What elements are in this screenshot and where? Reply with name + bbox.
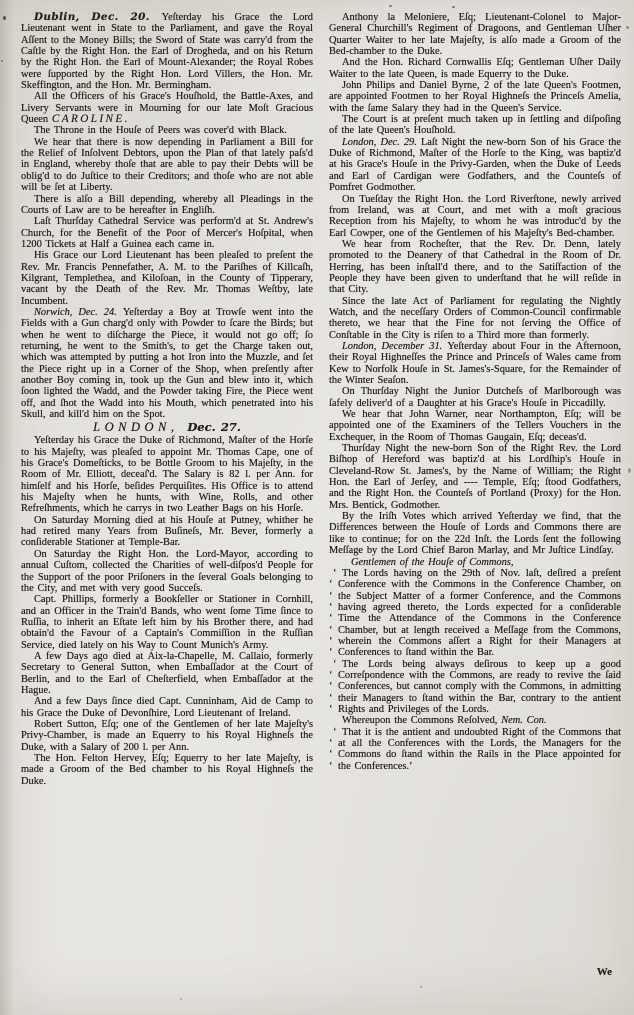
- left-column: Dublin, Dec. 20. Yeſterday his Grace the…: [21, 12, 313, 787]
- paragraph: We hear that John Warner, near Northampt…: [329, 409, 621, 443]
- right-column: Anthony la Meloniere, Eſq; Lieutenant-Co…: [329, 12, 621, 787]
- paragraph: John Philips and Daniel Byrne, 2 of the …: [329, 80, 621, 114]
- paragraph-text: The Lords having on the 29th of Nov. laſ…: [338, 568, 621, 658]
- paragraph-text: A few Days ago died at Aix-la-Chapelle, …: [21, 651, 313, 696]
- ink-speck: [628, 468, 631, 473]
- paragraph-text: John Philips and Daniel Byrne, 2 of the …: [329, 80, 621, 114]
- paragraph: That it is the antient and undoubted Rig…: [329, 727, 621, 772]
- paragraph-text: We hear that there is now depending in P…: [21, 137, 313, 193]
- dateline: London, Dec. 29.: [342, 137, 421, 148]
- text-columns: Dublin, Dec. 20. Yeſterday his Grace the…: [21, 12, 621, 787]
- paragraph: The Court is at preſent much taken up in…: [329, 114, 621, 137]
- paragraph: His Grace our Lord Lieutenant has been p…: [21, 250, 313, 307]
- paragraph-text: The Lords being always deſirous to keep …: [338, 659, 621, 715]
- paragraph-text: Thurſday Night the new-born Son of the R…: [329, 443, 621, 511]
- paragraph-text: The Court is at preſent much taken up in…: [329, 114, 621, 136]
- paragraph-text: Whereupon the Commons Reſolved,: [342, 715, 501, 726]
- dateline: Norwich, Dec. 24.: [34, 307, 123, 318]
- paragraph: Laſt Thurſday Cathedral Service was perf…: [21, 216, 313, 250]
- paragraph-text: On Tueſday the Right Hon. the Lord River…: [329, 194, 621, 239]
- paragraph: All the Officers of his Grace's Houſhold…: [21, 91, 313, 125]
- paragraph-text: Gentlemen of the Houſe of Commons,: [351, 557, 513, 568]
- paragraph: London, Dec. 29. Laſt Night the new-born…: [329, 137, 621, 194]
- paragraph: We hear from Rocheſter, that the Rev. Dr…: [329, 239, 621, 296]
- paragraph: By the Iriſh Votes which arrived Yeſterd…: [329, 511, 621, 556]
- paragraph: And the Hon. Richard Cornwallis Eſq; Gen…: [329, 57, 621, 80]
- paragraph-text: Robert Sutton, Eſq; one of the Gentlemen…: [21, 719, 313, 753]
- paragraph: Thurſday Night the new-born Son of the R…: [329, 443, 621, 511]
- paragraph-text: Anthony la Meloniere, Eſq; Lieutenant-Co…: [329, 12, 621, 57]
- paragraph: The Hon. Felton Hervey, Eſq; Equerry to …: [21, 753, 313, 787]
- paragraph-text: On Thurſday Night the Junior Dutcheſs of…: [329, 386, 621, 408]
- paragraph-text: And the Hon. Richard Cornwallis Eſq; Gen…: [329, 57, 621, 79]
- paragraph: A few Days ago died at Aix-la-Chapelle, …: [21, 651, 313, 696]
- heading-title: LONDON,: [93, 420, 187, 434]
- section-heading: LONDON, Dec. 27.: [21, 421, 313, 434]
- paragraph-text: Capt. Phillips, formerly a Bookſeller or…: [21, 594, 313, 650]
- paragraph: Norwich, Dec. 24. Yeſterday a Boy at Tro…: [21, 307, 313, 420]
- paragraph: London, December 31. Yeſterday about Fou…: [329, 341, 621, 386]
- ink-speck: [626, 26, 629, 29]
- catchword: We: [597, 966, 612, 978]
- paragraph-text: Laſt Thurſday Cathedral Service was perf…: [21, 216, 313, 250]
- paragraph-text: Yeſterday his Grace the Lord Lieutenant …: [21, 12, 313, 91]
- paragraph: The Lords having on the 29th of Nov. laſ…: [329, 568, 621, 659]
- emphasized-text: Nem. Con.: [501, 715, 546, 726]
- paragraph: Robert Sutton, Eſq; one of the Gentlemen…: [21, 719, 313, 753]
- ink-speck: [452, 6, 455, 8]
- paragraph: Dublin, Dec. 20. Yeſterday his Grace the…: [21, 12, 313, 91]
- paragraph-text: There is alſo a Bill depending, whereby …: [21, 194, 313, 216]
- paragraph-text: The Throne in the Houſe of Peers was cov…: [34, 125, 287, 136]
- paragraph: On Thurſday Night the Junior Dutcheſs of…: [329, 386, 621, 409]
- ink-speck: [389, 5, 392, 7]
- paragraph: Gentlemen of the Houſe of Commons,: [329, 557, 621, 568]
- emphasized-text: CAROLINE.: [52, 113, 130, 125]
- paragraph: Yeſterday his Grace the Duke of Richmond…: [21, 435, 313, 514]
- paragraph: There is alſo a Bill depending, whereby …: [21, 194, 313, 217]
- dateline: London, December 31.: [342, 341, 447, 352]
- paragraph-text: Yeſterday a Boy at Trowſe went into the …: [21, 307, 313, 420]
- paragraph: Anthony la Meloniere, Eſq; Lieutenant-Co…: [329, 12, 621, 57]
- paragraph-text: That it is the antient and undoubted Rig…: [338, 727, 621, 772]
- ink-speck: [1, 60, 3, 62]
- paragraph: On Saturday Morning died at his Houſe at…: [21, 515, 313, 549]
- paragraph-text: On Saturday Morning died at his Houſe at…: [21, 515, 313, 549]
- paragraph-text: And a few Days ſince died Capt. Cunninha…: [21, 696, 313, 718]
- paragraph: On Tueſday the Right Hon. the Lord River…: [329, 194, 621, 239]
- paragraph-text: Since the late Act of Parliament for reg…: [329, 296, 621, 341]
- paragraph: The Lords being always deſirous to keep …: [329, 659, 621, 716]
- dateline: Dublin, Dec. 20.: [34, 11, 162, 23]
- paragraph: On Saturday the Right Hon. the Lord-Mayo…: [21, 549, 313, 594]
- paragraph: And a few Days ſince died Capt. Cunninha…: [21, 696, 313, 719]
- paragraph-text: Yeſterday his Grace the Duke of Richmond…: [21, 435, 313, 514]
- paragraph: We hear that there is now depending in P…: [21, 137, 313, 194]
- paragraph: Whereupon the Commons Reſolved, Nem. Con…: [329, 715, 621, 726]
- paragraph-text: We hear from Rocheſter, that the Rev. Dr…: [329, 239, 621, 295]
- ink-speck: [3, 16, 6, 20]
- paragraph-text: We hear that John Warner, near Northampt…: [329, 409, 621, 443]
- paragraph-text: By the Iriſh Votes which arrived Yeſterd…: [329, 511, 621, 556]
- paragraph-text: His Grace our Lord Lieutenant has been p…: [21, 250, 313, 306]
- paragraph-text: On Saturday the Right Hon. the Lord-Mayo…: [21, 549, 313, 594]
- paragraph: Capt. Phillips, formerly a Bookſeller or…: [21, 594, 313, 651]
- paragraph-text: The Hon. Felton Hervey, Eſq; Equerry to …: [21, 753, 313, 787]
- ink-speck: [420, 986, 422, 988]
- paragraph-text: Dec. 27.: [187, 420, 241, 434]
- ink-speck: [180, 998, 182, 1000]
- paragraph: The Throne in the Houſe of Peers was cov…: [21, 125, 313, 136]
- newspaper-page: Dublin, Dec. 20. Yeſterday his Grace the…: [0, 0, 634, 1015]
- paragraph: Since the late Act of Parliament for reg…: [329, 296, 621, 341]
